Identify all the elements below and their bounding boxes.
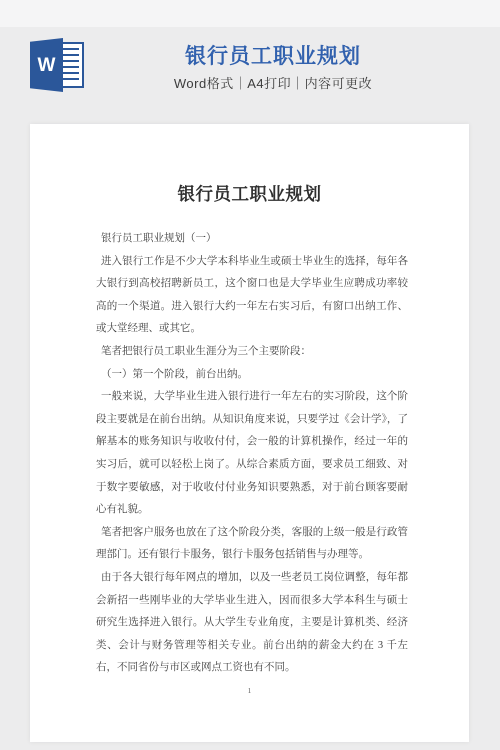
document-paragraph: 笔者把客户服务也放在了这个阶段分类，客服的上级一般是行政管理部门。还有银行卡服务… xyxy=(96,522,408,567)
document-body: 银行员工职业规划（一）进入银行工作是不少大学本科毕业生或硕士毕业生的选择，每年各… xyxy=(96,228,408,680)
header-title: 银行员工职业规划 xyxy=(185,40,361,70)
document-paragraph: 银行员工职业规划（一） xyxy=(96,228,408,251)
document-paragraph: 一般来说，大学毕业生进入银行进行一年左右的实习阶段，这个阶段主要就是在前台出纳。… xyxy=(96,386,408,522)
word-icon-letter: W xyxy=(38,56,56,75)
word-file-icon: W xyxy=(30,38,84,92)
document-page: 银行员工职业规划 银行员工职业规划（一）进入银行工作是不少大学本科毕业生或硕士毕… xyxy=(30,124,469,742)
document-paragraph: 笔者把银行员工职业生涯分为三个主要阶段： xyxy=(96,341,408,364)
page-number: 1 xyxy=(30,686,469,696)
document-title: 银行员工职业规划 xyxy=(30,182,469,206)
word-icon-panel: W xyxy=(30,38,63,92)
document-paragraph: 进入银行工作是不少大学本科毕业生或硕士毕业生的选择，每年各大银行到高校招聘新员工… xyxy=(96,251,408,341)
header-subtitle: Word格式｜A4打印｜内容可更改 xyxy=(174,73,372,92)
document-paragraph: （一）第一个阶段，前台出纳。 xyxy=(96,364,408,387)
document-paragraph: 由于各大银行每年网点的增加，以及一些老员工岗位调整，每年都会新招一些刚毕业的大学… xyxy=(96,567,408,680)
template-header: W 银行员工职业规划 Word格式｜A4打印｜内容可更改 xyxy=(0,0,500,124)
word-icon-sheet-lines xyxy=(61,48,79,82)
